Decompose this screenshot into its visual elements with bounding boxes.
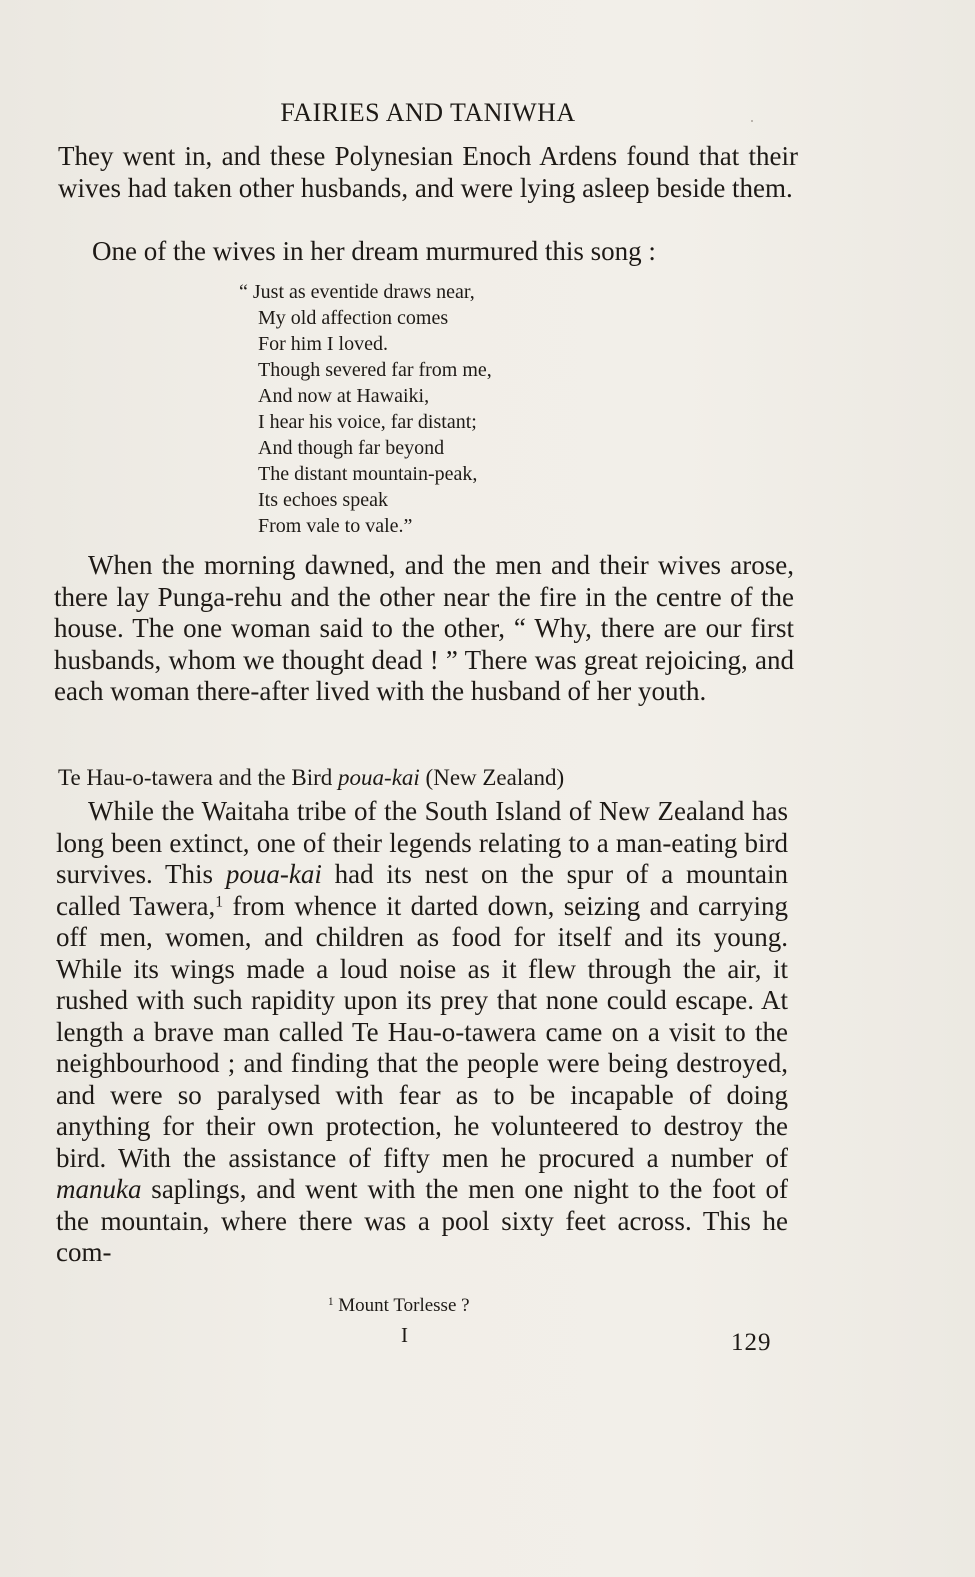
verse-line: Its echoes speak bbox=[258, 487, 492, 513]
italic-term: manuka bbox=[56, 1174, 141, 1204]
paragraph-3: When the morning dawned, and the men and… bbox=[54, 550, 794, 708]
verse-line: And though far beyond bbox=[258, 435, 492, 461]
verse-line: From vale to vale.” bbox=[258, 513, 492, 539]
verse-line: Though severed far from me, bbox=[258, 357, 492, 383]
section-heading-region: (New Zealand) bbox=[420, 765, 564, 790]
text-segment: saplings, and went with the men one nigh… bbox=[56, 1174, 788, 1267]
italic-term: poua-kai bbox=[226, 859, 322, 889]
verse-line: I hear his voice, far distant; bbox=[258, 409, 492, 435]
footnote: 1 Mount Torlesse ? bbox=[328, 1294, 470, 1318]
footnote-text: Mount Torlesse ? bbox=[334, 1295, 470, 1316]
song-verse: “ Just as eventide draws near, My old af… bbox=[258, 279, 492, 539]
paragraph-1: They went in, and these Polynesian Enoch… bbox=[58, 141, 798, 204]
running-head: FAIRIES AND TANIWHA bbox=[58, 98, 798, 128]
verse-line: And now at Hawaiki, bbox=[258, 383, 492, 409]
signature-mark: I bbox=[401, 1322, 408, 1348]
text-segment: from whence it darted down, seizing and … bbox=[56, 891, 788, 1173]
verse-line: “ Just as eventide draws near, bbox=[239, 279, 492, 305]
verse-line: My old affection comes bbox=[258, 305, 492, 331]
paper-speck bbox=[751, 120, 753, 122]
paragraph-2: One of the wives in her dream murmured t… bbox=[58, 236, 798, 268]
footnote-reference: 1 bbox=[215, 893, 223, 910]
section-heading: Te Hau-o-tawera and the Bird poua-kai (N… bbox=[58, 763, 564, 793]
section-heading-text: Te Hau-o-tawera and the Bird bbox=[58, 765, 338, 790]
paragraph-4: While the Waitaha tribe of the South Isl… bbox=[56, 796, 788, 1269]
page-number: 129 bbox=[731, 1328, 772, 1358]
verse-line: The distant mountain-peak, bbox=[258, 461, 492, 487]
section-heading-italic: poua-kai bbox=[338, 765, 420, 790]
verse-line: For him I loved. bbox=[258, 331, 492, 357]
